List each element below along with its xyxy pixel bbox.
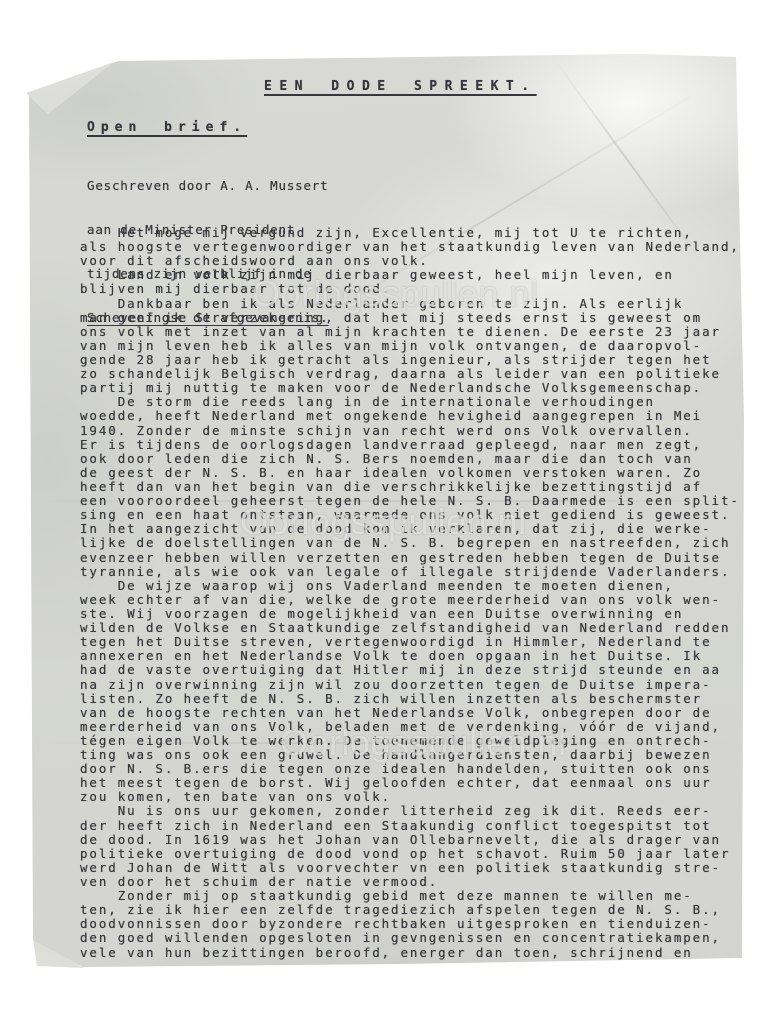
- photo-background: EEN DODE SPREEKT. Open brief. Geschreven…: [0, 0, 768, 1024]
- letter-line: Het moge mij vergund zijn, Excellentie, …: [80, 226, 740, 240]
- letter-line: zou komen, ten bate van ons volk.: [80, 790, 740, 804]
- letter-line: heeft dan van het begin van die verschri…: [80, 480, 740, 494]
- letter-line: ven door het schuim der natie vermood.: [80, 875, 740, 889]
- letter-line: lijke de doelstellingen van de N. S. B. …: [80, 536, 740, 550]
- letter-line: den goed willenden opgesloten in gevngen…: [80, 931, 740, 945]
- letter-line: blijven mij dierbaar tot de dood.: [80, 282, 740, 296]
- letter-line: ste. Wij voorzagen de mogelijkheid van e…: [80, 607, 740, 621]
- document-title: EEN DODE SPREEKT.: [264, 79, 537, 94]
- letter-line: had de vaste overtuiging dat Hitler mij …: [80, 663, 740, 677]
- letter-line: het meest tegen de borst. Wij geloofden …: [80, 776, 740, 790]
- letter-line: In het aangezicht van de dood kom ik ver…: [80, 522, 740, 536]
- letter-line: sing en een haat ontstaan, waarmede ons …: [80, 508, 740, 522]
- letter-line: werd Johan de Witt als voorvechter vn ee…: [80, 861, 740, 875]
- letter-line: na zijn overwinning zijn wil zou doorzet…: [80, 678, 740, 692]
- letter-line: gende 28 jaar heb ik getracht als ingeni…: [80, 353, 740, 367]
- letter-line: week echter af van die, welke de grote m…: [80, 593, 740, 607]
- letter-line: Er is tijdens de oorlogsdagen landverraa…: [80, 438, 740, 452]
- letter-line: als hoogste vertegenwoordiger van het st…: [80, 240, 740, 254]
- letter-line: ons volk met inzet van al mijn krachten …: [80, 325, 740, 339]
- letter-line: zo schandelijk Belgisch verdrag, daarna …: [80, 367, 740, 381]
- letter-line: partij mij nuttig te maken voor de Neder…: [80, 381, 740, 395]
- letter-line: een vooroordeel geheerst tegen de hele N…: [80, 494, 740, 508]
- letter-line: meerderheid van ons Volk, beladen met de…: [80, 720, 740, 734]
- letter-line: woedde, heeft Nederland met ongekende he…: [80, 409, 740, 423]
- letter-line: door N. S. B.ers die tegen onze idealen …: [80, 762, 740, 776]
- letter-line: de geest der N. S. B. en haar idealen vo…: [80, 466, 740, 480]
- letter-line: listen. Zo heeft de N. S. B. zich willen…: [80, 692, 740, 706]
- letter-line: Land en volk zijn mij dierbaar geweest, …: [80, 268, 740, 282]
- letter-line: 1940. Zonder de minste schijn van recht …: [80, 424, 740, 438]
- letter-line: tyrannie, als wie ook van legale of ille…: [80, 565, 740, 579]
- letter-line: annexeren en het Nederlandse Volk te doe…: [80, 649, 740, 663]
- letter-line: politieke overtuiging de dood vond op he…: [80, 847, 740, 861]
- letter-line: ook door leden die zich N. S. Bers noemd…: [80, 452, 740, 466]
- letter-line: der heeft zich in Nederland een Staakund…: [80, 819, 740, 833]
- letter-line: ten, zie ik hier een zelfde tragediezich…: [80, 903, 740, 917]
- letter-line: van mijn leven heb ik alles van mijn vol…: [80, 339, 740, 353]
- letter-line: vele van hun bezittingen beroofd, energe…: [80, 946, 740, 960]
- letter-line: Zonder mij op staatkundig gebid met deze…: [80, 889, 740, 903]
- letter-line: De wijze waarop wij ons Vaderland meende…: [80, 579, 740, 593]
- letter-line: man geef ik de verzekering, dat het mij …: [80, 311, 740, 325]
- letter-body: Het moge mij vergund zijn, Excellentie, …: [80, 226, 740, 960]
- letter-line: de dood. In 1619 was het Johan van Olleb…: [80, 833, 740, 847]
- byline-line: Geschreven door A. A. Mussert: [87, 179, 328, 194]
- letter-line: ting was ons ook een gruwel. De handlang…: [80, 748, 740, 762]
- document-subtitle: Open brief.: [87, 120, 247, 135]
- letter-line: van de hoogste rechten van het Nederland…: [80, 706, 740, 720]
- letter-line: tegen het Duitse streven, vertegenwoordi…: [80, 635, 740, 649]
- letter-line: doodvonnissen door byzondere rechtbaken …: [80, 917, 740, 931]
- letter-line: Nu is ons uur gekomen, zonder litterheid…: [80, 804, 740, 818]
- document-page: EEN DODE SPREEKT. Open brief. Geschreven…: [0, 0, 768, 1024]
- letter-line: wilden de Volkse en Staatkundige zelfsta…: [80, 621, 740, 635]
- letter-line: De storm die reeds lang in de internatio…: [80, 395, 740, 409]
- letter-line: Dankbaar ben ik als Nederlander geboren …: [80, 297, 740, 311]
- letter-line: evenzeer hebben willen verzetten en gest…: [80, 551, 740, 565]
- letter-line: tégen eigen Volk te werken. De toenemend…: [80, 734, 740, 748]
- letter-line: voor dit afscheidswoord aan ons volk.: [80, 254, 740, 268]
